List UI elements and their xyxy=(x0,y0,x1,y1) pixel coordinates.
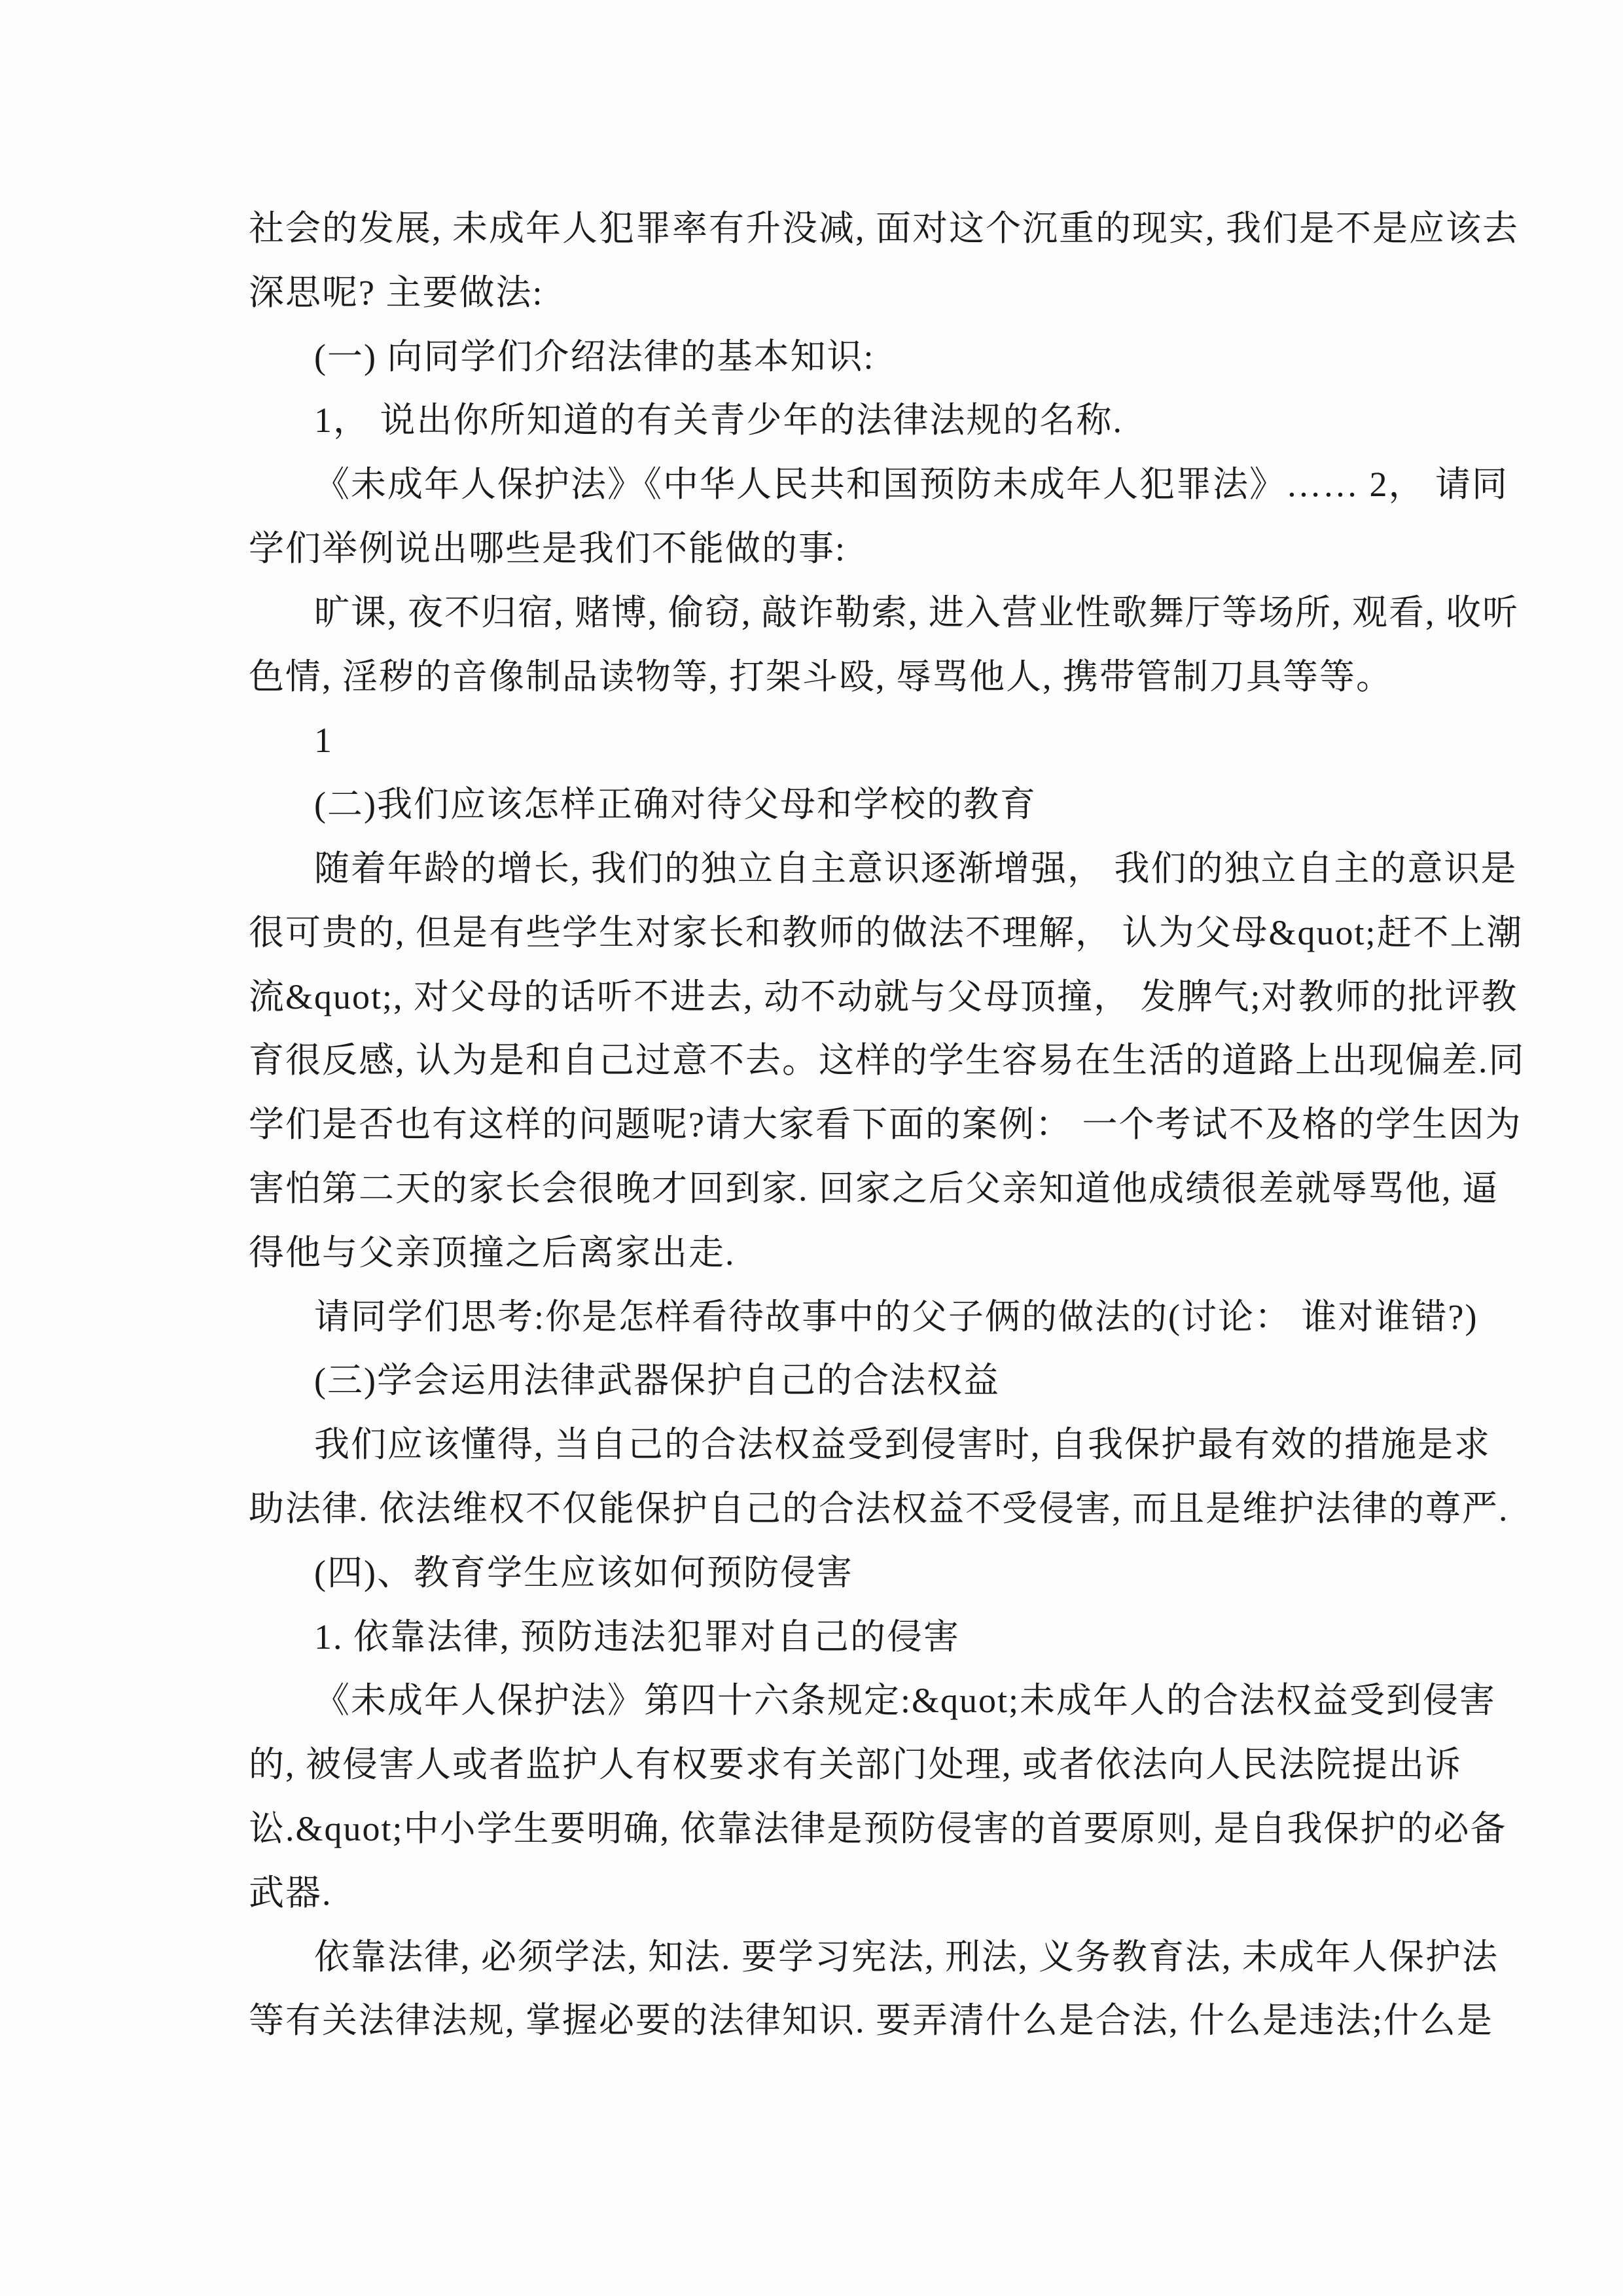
text-line: 请同学们思考:你是怎样看待故事中的父子俩的做法的(讨论： 谁对谁错?) xyxy=(249,1285,1391,1350)
text-line: 《未成年人保护法》《中华人民共和国预防未成年人犯罪法》…… 2， 请同 xyxy=(249,453,1391,517)
text-line: 武器. xyxy=(249,1861,1391,1926)
text-line: 得他与父亲顶撞之后离家出走. xyxy=(249,1221,1391,1285)
text-line: 学们举例说出哪些是我们不能做的事: xyxy=(249,517,1391,581)
text-line: (三)学会运用法律武器保护自己的合法权益 xyxy=(249,1349,1391,1413)
text-line: (四)、教育学生应该如何预防侵害 xyxy=(249,1541,1391,1605)
text-line: 深思呢? 主要做法: xyxy=(249,261,1391,325)
text-line: 旷课, 夜不归宿, 赌博, 偷窃, 敲诈勒索, 进入营业性歌舞厅等场所, 观看,… xyxy=(249,581,1391,645)
text-line: 的, 被侵害人或者监护人有权要求有关部门处理, 或者依法向人民法院提出诉 xyxy=(249,1733,1391,1797)
text-line: 1. 依靠法律, 预防违法犯罪对自己的侵害 xyxy=(249,1605,1391,1670)
text-line: 流&quot;, 对父母的话听不进去, 动不动就与父母顶撞， 发脾气;对教师的批… xyxy=(249,965,1391,1030)
text-line: 学们是否也有这样的问题呢?请大家看下面的案例： 一个考试不及格的学生因为 xyxy=(249,1093,1391,1157)
text-line: (二)我们应该怎样正确对待父母和学校的教育 xyxy=(249,773,1391,837)
document-body: 社会的发展, 未成年人犯罪率有升没减, 面对这个沉重的现实, 我们是不是应该去 … xyxy=(249,197,1391,2053)
text-line: 讼.&quot;中小学生要明确, 依靠法律是预防侵害的首要原则, 是自我保护的必… xyxy=(249,1797,1391,1861)
text-line: 害怕第二天的家长会很晚才回到家. 回家之后父亲知道他成绩很差就辱骂他, 逼 xyxy=(249,1157,1391,1221)
text-line: 1 xyxy=(249,709,1391,773)
text-line: 色情, 淫秽的音像制品读物等, 打架斗殴, 辱骂他人, 携带管制刀具等等。 xyxy=(249,645,1391,709)
text-line: 依靠法律, 必须学法, 知法. 要学习宪法, 刑法, 义务教育法, 未成年人保护… xyxy=(249,1926,1391,1990)
document-page: 社会的发展, 未成年人犯罪率有升没减, 面对这个沉重的现实, 我们是不是应该去 … xyxy=(0,0,1623,2296)
text-line: 育很反感, 认为是和自己过意不去。这样的学生容易在生活的道路上出现偏差.同 xyxy=(249,1029,1391,1093)
text-line: 社会的发展, 未成年人犯罪率有升没减, 面对这个沉重的现实, 我们是不是应该去 xyxy=(249,197,1391,261)
text-line: (一) 向同学们介绍法律的基本知识: xyxy=(249,325,1391,389)
text-line: 1， 说出你所知道的有关青少年的法律法规的名称. xyxy=(249,389,1391,453)
text-line: 《未成年人保护法》第四十六条规定:&quot;未成年人的合法权益受到侵害 xyxy=(249,1669,1391,1733)
text-line: 我们应该懂得, 当自己的合法权益受到侵害时, 自我保护最有效的措施是求 xyxy=(249,1413,1391,1477)
text-line: 很可贵的, 但是有些学生对家长和教师的做法不理解， 认为父母&quot;赶不上潮 xyxy=(249,901,1391,965)
text-line: 等有关法律法规, 掌握必要的法律知识. 要弄清什么是合法, 什么是违法;什么是 xyxy=(249,1989,1391,2053)
text-line: 随着年龄的增长, 我们的独立自主意识逐渐增强， 我们的独立自主的意识是 xyxy=(249,837,1391,901)
text-line: 助法律. 依法维权不仅能保护自己的合法权益不受侵害, 而且是维护法律的尊严. xyxy=(249,1477,1391,1541)
